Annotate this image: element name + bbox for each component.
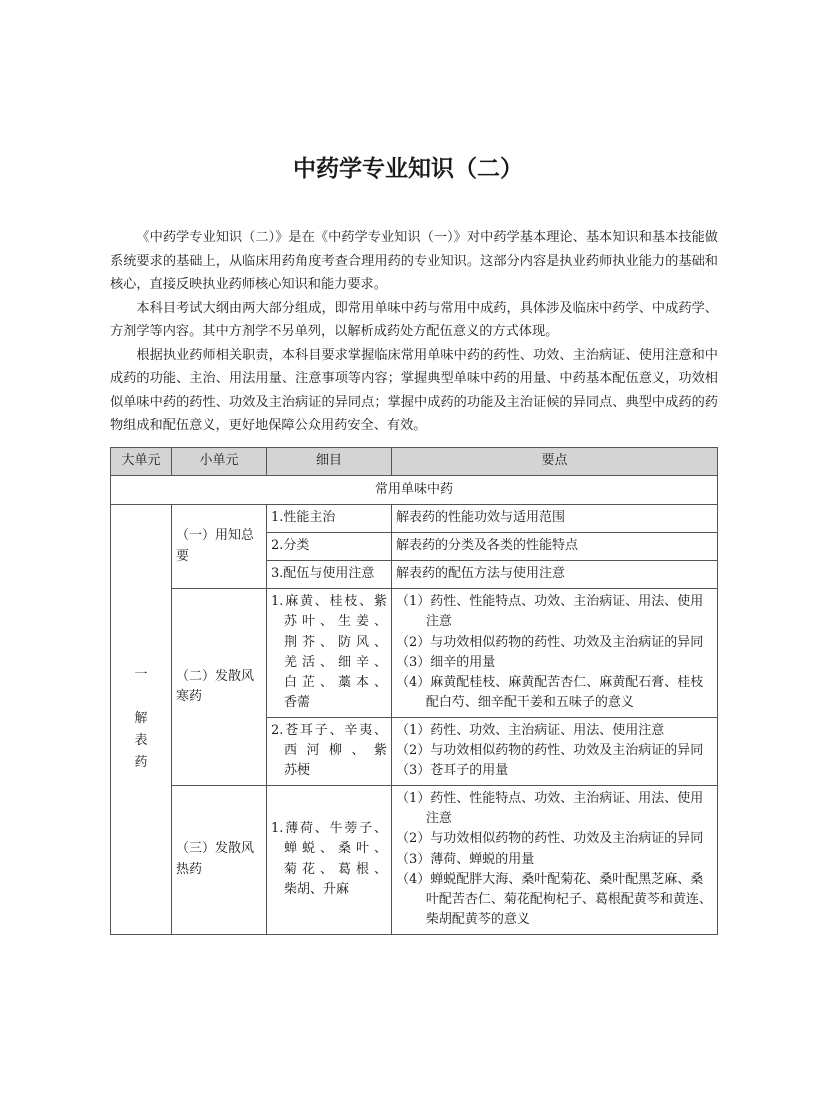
- page-title: 中药学专业知识（二）: [0, 150, 816, 183]
- point-item: （3）细辛的用量: [396, 653, 713, 673]
- points-cell: （1）药性、功效、主治病证、用法、使用注意 （2）与功效相似药物的药性、功效及主…: [392, 717, 718, 785]
- detail-line: 荆芥、防风、: [271, 633, 387, 653]
- detail-line: 香薷: [271, 693, 387, 713]
- unit-name-char: 药: [115, 752, 167, 774]
- detail-cell: 3.配伍与使用注意: [267, 561, 392, 589]
- point-item: （1）药性、性能特点、功效、主治病证、用法、使用注意: [396, 592, 713, 633]
- intro-paragraph: 根据执业药师相关职责，本科目要求掌握临床常用单味中药的药性、功效、主治病证、使用…: [110, 344, 718, 438]
- point-item: （2）与功效相似药物的药性、功效及主治病证的异同: [396, 741, 713, 761]
- intro-paragraph: 《中药学专业知识（二）》是在《中药学专业知识（一）》对中药学基本理论、基本知识和…: [110, 226, 718, 297]
- table-row: 一 解 表 药 （一）用知总要 1.性能主治 解表药的性能功效与适用范围: [111, 505, 718, 533]
- minor-unit-cell: （一）用知总要: [172, 505, 267, 589]
- header-minor-unit: 小单元: [172, 448, 267, 476]
- point-item: （3）薄荷、蝉蜕的用量: [396, 850, 713, 870]
- detail-line: 2.苍耳子、辛夷、: [271, 721, 387, 741]
- section-title: 常用单味中药: [111, 476, 718, 505]
- syllabus-table: 大单元 小单元 细目 要点 常用单味中药 一 解 表 药 （一）用知总要 1.性…: [110, 447, 718, 935]
- detail-line: 1.薄荷、牛蒡子、: [271, 819, 387, 839]
- detail-line: 1.麻黄、桂枝、紫: [271, 592, 387, 612]
- major-unit-cell: 一 解 表 药: [111, 505, 172, 935]
- detail-cell: 2.苍耳子、辛夷、 西河柳、紫 苏梗: [267, 717, 392, 785]
- unit-name-char: 表: [115, 730, 167, 752]
- header-major-unit: 大单元: [111, 448, 172, 476]
- section-row: 常用单味中药: [111, 476, 718, 505]
- detail-line: 西河柳、紫: [271, 741, 387, 761]
- points-cell: 解表药的配伍方法与使用注意: [392, 561, 718, 589]
- detail-line: 菊花、葛根、: [271, 860, 387, 880]
- detail-cell: 1.性能主治: [267, 505, 392, 533]
- detail-cell: 1.薄荷、牛蒡子、 蝉蜕、桑叶、 菊花、葛根、 柴胡、升麻: [267, 785, 392, 934]
- points-cell: （1）药性、性能特点、功效、主治病证、用法、使用注意 （2）与功效相似药物的药性…: [392, 785, 718, 934]
- detail-line: 蝉蜕、桑叶、: [271, 839, 387, 859]
- detail-line: 苏叶、生姜、: [271, 612, 387, 632]
- table-header-row: 大单元 小单元 细目 要点: [111, 448, 718, 476]
- point-item: （2）与功效相似药物的药性、功效及主治病证的异同: [396, 829, 713, 849]
- detail-cell: 2.分类: [267, 533, 392, 561]
- detail-line: 柴胡、升麻: [271, 880, 387, 900]
- unit-name-char: 解: [115, 708, 167, 730]
- point-item: （2）与功效相似药物的药性、功效及主治病证的异同: [396, 633, 713, 653]
- points-cell: 解表药的性能功效与适用范围: [392, 505, 718, 533]
- point-item: （4）蝉蜕配胖大海、桑叶配菊花、桑叶配黑芝麻、桑叶配苦杏仁、菊花配枸杞子、葛根配…: [396, 870, 713, 931]
- point-item: （1）药性、性能特点、功效、主治病证、用法、使用注意: [396, 789, 713, 830]
- detail-line: 白芷、藁本、: [271, 673, 387, 693]
- minor-unit-cell: （二）发散风寒药: [172, 589, 267, 786]
- intro-text: 《中药学专业知识（二）》是在《中药学专业知识（一）》对中药学基本理论、基本知识和…: [110, 226, 718, 438]
- minor-unit-cell: （三）发散风热药: [172, 785, 267, 934]
- table-row: （三）发散风热药 1.薄荷、牛蒡子、 蝉蜕、桑叶、 菊花、葛根、 柴胡、升麻 （…: [111, 785, 718, 934]
- header-detail: 细目: [267, 448, 392, 476]
- point-item: （1）药性、功效、主治病证、用法、使用注意: [396, 721, 713, 741]
- header-key-points: 要点: [392, 448, 718, 476]
- points-cell: （1）药性、性能特点、功效、主治病证、用法、使用注意 （2）与功效相似药物的药性…: [392, 589, 718, 718]
- detail-line: 羌活、细辛、: [271, 653, 387, 673]
- detail-line: 苏梗: [271, 761, 387, 781]
- intro-paragraph: 本科目考试大纲由两大部分组成，即常用单味中药与常用中成药，具体涉及临床中药学、中…: [110, 297, 718, 344]
- point-item: （3）苍耳子的用量: [396, 761, 713, 781]
- point-item: （4）麻黄配桂枝、麻黄配苦杏仁、麻黄配石膏、桂枝配白芍、细辛配干姜和五味子的意义: [396, 673, 713, 714]
- detail-cell: 1.麻黄、桂枝、紫 苏叶、生姜、 荆芥、防风、 羌活、细辛、 白芷、藁本、 香薷: [267, 589, 392, 718]
- points-cell: 解表药的分类及各类的性能特点: [392, 533, 718, 561]
- unit-number: 一: [115, 664, 167, 686]
- table-row: （二）发散风寒药 1.麻黄、桂枝、紫 苏叶、生姜、 荆芥、防风、 羌活、细辛、 …: [111, 589, 718, 718]
